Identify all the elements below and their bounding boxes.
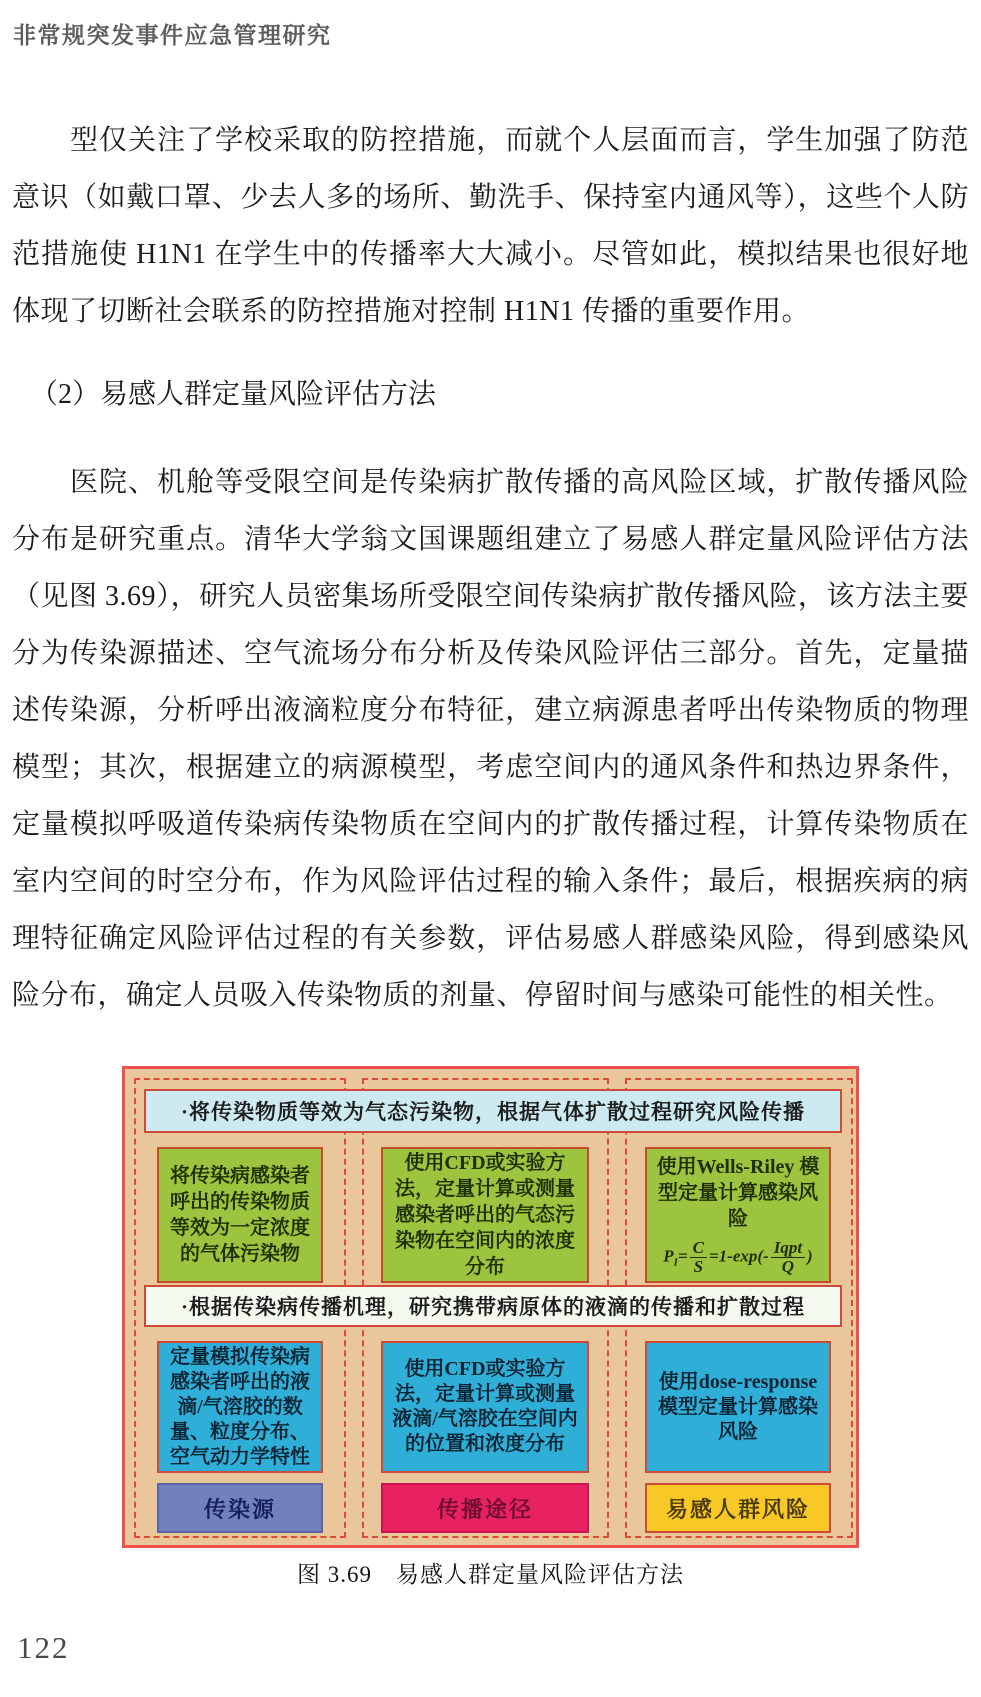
banner-gas-equivalence: ·将传染物质等效为气态污染物，根据气体扩散过程研究风险传播: [144, 1089, 842, 1133]
box-dose-response-model: 使用dose-response 模型定量计算感染风险: [645, 1341, 831, 1473]
label-susceptible-risk: 易感人群风险: [645, 1483, 831, 1533]
label-transmission-route: 传播途径: [381, 1483, 589, 1533]
box-cfd-gas-concentration: 使用CFD或实验方法，定量计算或测量感染者呼出的气态污染物在空间内的浓度分布: [381, 1147, 589, 1283]
body-paragraph-1: 型仅关注了学校采取的防控措施，而就个人层面而言，学生加强了防范意识（如戴口罩、少…: [12, 112, 969, 340]
body-paragraph-2: 医院、机舱等受限空间是传染病扩散传播的高风险区域，扩散传播风险分布是研究重点。清…: [12, 454, 969, 1024]
box-droplet-simulation: 定量模拟传染病感染者呼出的液滴/气溶胶的数量、粒度分布、空气动力学特性: [157, 1341, 323, 1473]
banner-droplet-mechanism: ·根据传染病传播机理，研究携带病原体的液滴的传播和扩散过程: [144, 1285, 842, 1327]
label-infection-source: 传染源: [157, 1483, 323, 1533]
wells-riley-formula: PI=CS=1-exp(-IqptQ): [663, 1239, 812, 1276]
box-source-gas-equivalent: 将传染病感染者呼出的传染物质等效为一定浓度的气体污染物: [157, 1147, 323, 1283]
page-number: 122: [17, 1630, 70, 1666]
box-cfd-droplet-distribution: 使用CFD或实验方法，定量计算或测量液滴/气溶胶在空间内的位置和浓度分布: [381, 1341, 589, 1473]
section-heading: （2）易感人群定量风险评估方法: [12, 366, 969, 423]
figure-caption: 图 3.69 易感人群定量风险评估方法: [0, 1556, 981, 1589]
wells-riley-text: 使用Wells-Riley 模型定量计算感染风险: [653, 1154, 823, 1232]
figure-3-69-diagram: ·将传染物质等效为气态污染物，根据气体扩散过程研究风险传播 将传染病感染者呼出的…: [122, 1066, 859, 1548]
box-wells-riley-model: 使用Wells-Riley 模型定量计算感染风险 PI=CS=1-exp(-Iq…: [645, 1147, 831, 1283]
running-header: 非常规突发事件应急管理研究: [13, 17, 332, 50]
